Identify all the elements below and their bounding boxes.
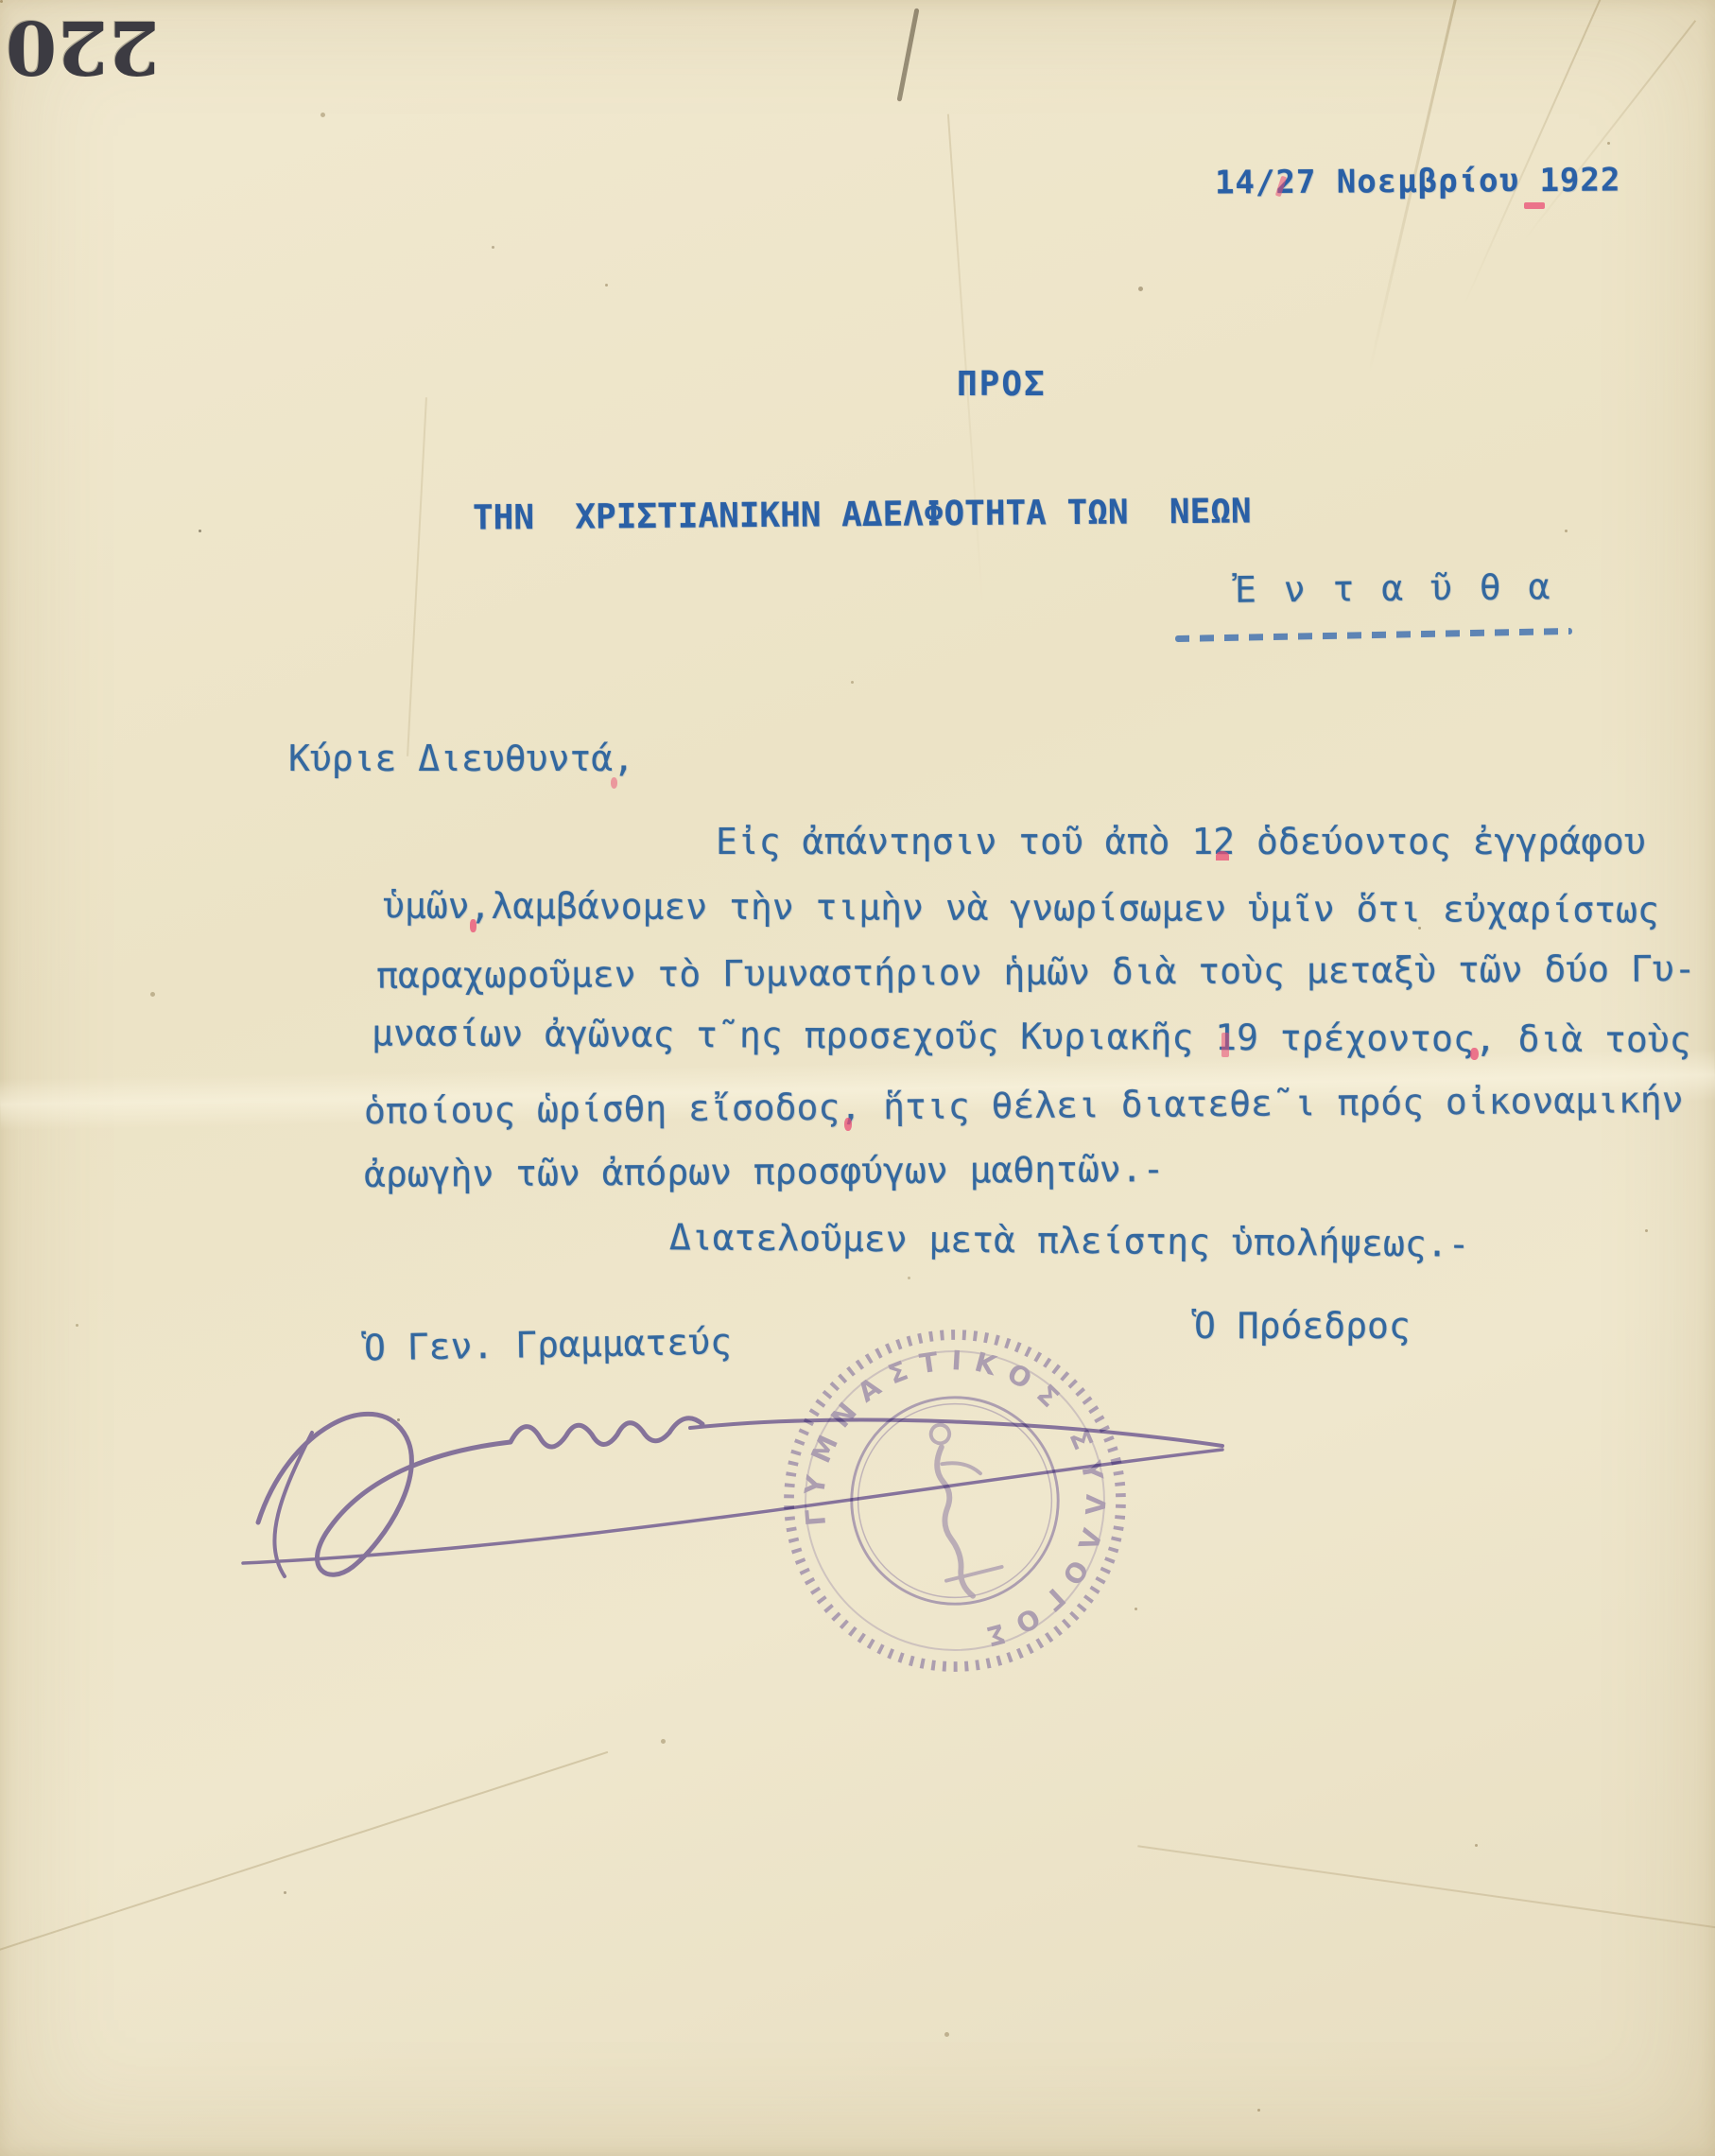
red-comma-mark — [1470, 1048, 1479, 1060]
paper-crease — [1463, 0, 1602, 307]
svg-text:ΓΥΜΝΑΣΤΙΚΟΣ ΣΥΛΛΟΓΟΣ: ΓΥΜΝΑΣΤΙΚΟΣ ΣΥΛΛΟΓΟΣ — [766, 1312, 1144, 1690]
paper-crease — [1137, 1845, 1715, 1939]
paper-crease — [407, 397, 427, 756]
place-line: Ἐ ν τ α ῦ θ α — [1235, 565, 1553, 611]
body-line: ὑμῶν,λαμβάνομεν τὴν τιμὴν νὰ γνωρίσωμεν … — [383, 885, 1659, 931]
body-line: ἀρωγὴν τῶν ἀπόρων προσφύγων μαθητῶν.- — [364, 1148, 1165, 1195]
stamp-ring-text: ΓΥΜΝΑΣΤΙΚΟΣ ΣΥΛΛΟΓΟΣ — [766, 1312, 1144, 1690]
body-line: Εἰς ἀπάντησιν τοῦ ἀπὸ 12 ὁδεύοντος ἐγγρά… — [716, 821, 1646, 862]
red-overstrike-12 — [1216, 851, 1229, 861]
body-line: ὁποίους ὡρίσθη εἴσοδος, ἥτις θέλει διατε… — [364, 1079, 1684, 1132]
red-comma-mark — [611, 777, 617, 789]
body-line: μνασίων ἀγῶνας τ῀ης προσεχοῦς Κυριακῆς 1… — [372, 1012, 1691, 1060]
red-comma-mark — [844, 1118, 852, 1131]
salutation: Κύριε Διευθυντά, — [288, 738, 634, 779]
paper-crease — [1520, 20, 1696, 245]
archive-page-number: 220 — [6, 4, 160, 90]
paper-specks — [0, 0, 3, 3]
dashed-underline — [1175, 628, 1572, 642]
red-overstrike-19 — [1221, 1033, 1229, 1057]
red-overstrike-year — [1524, 202, 1545, 209]
paper-crease — [0, 1751, 608, 1957]
red-comma-mark — [470, 919, 476, 932]
body-line: παραχωροῦμεν τὸ Γυμναστήριον ἡμῶν διὰ το… — [376, 948, 1696, 996]
scanned-letter-page: 220 14/27 Νοεμβρίου 1922 ΠΡΟΣ ΤΗΝ ΧΡΙΣΤΙ… — [0, 0, 1715, 2156]
recipient-line: ΤΗΝ ΧΡΙΣΤΙΑΝΙΚΗΝ ΑΔΕΛΦΟΤΗΤΑ ΤΩΝ ΝΕΩΝ — [473, 492, 1252, 537]
letter-date: 14/27 Νοεμβρίου 1922 — [1215, 162, 1621, 202]
paper-crease — [897, 8, 920, 101]
closing-line: Διατελοῦμεν μετὰ πλείστης ὑπολήψεως.- — [669, 1216, 1470, 1264]
to-label: ΠΡΟΣ — [957, 365, 1047, 404]
stamp-figure — [909, 1418, 1009, 1602]
